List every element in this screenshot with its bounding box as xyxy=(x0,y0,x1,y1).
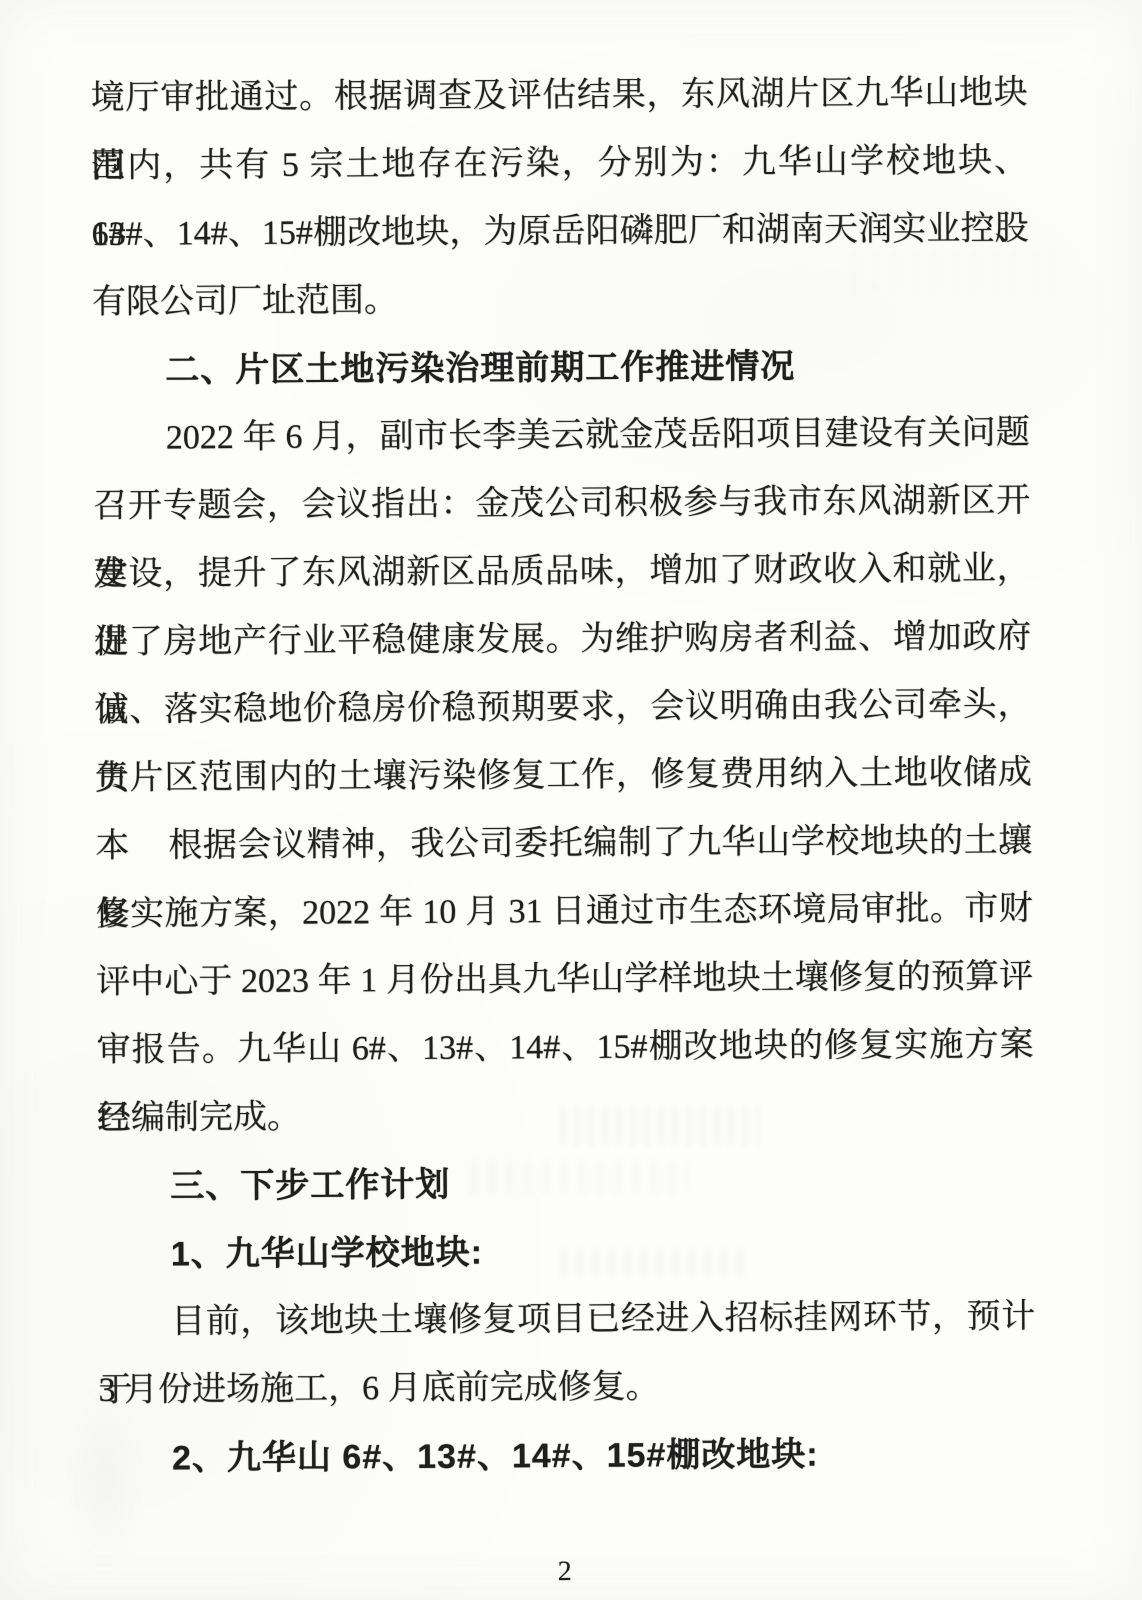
text-line: 评中心于 2023 年 1 月份出具九华山学样地块土壤修复的预算评 xyxy=(96,943,1033,1017)
text-line: 13#、14#、15#棚改地块，为原岳阳磷肥厂和湖南天润实业控股 xyxy=(91,195,1028,269)
text-line: 责片区范围内的土壤污染修复工作，修复费用纳入土地收储成本。 xyxy=(95,739,1032,813)
heading-line: 2、九华山 6#、13#、14#、15#棚改地块: xyxy=(99,1419,1036,1493)
text-line: 复实施方案，2022 年 10 月 31 日通过市生态环境局审批。市财 xyxy=(95,875,1032,949)
text-line: 围内，共有 5 宗土地存在污染，分别为：九华山学校地块、6#、 xyxy=(91,127,1028,201)
text-line: 建设，提升了东风湖新区品质品味，增加了财政收入和就业，促 xyxy=(93,535,1030,609)
scanned-document-page: 境厅审批通过。根据调查及评估结果，东风湖片区九华山地块范围内，共有 5 宗土地存… xyxy=(0,0,1142,1600)
document-sheet: 境厅审批通过。根据调查及评估结果，东风湖片区九华山地块范围内，共有 5 宗土地存… xyxy=(0,0,1142,1600)
text-line: 经编制完成。 xyxy=(97,1079,1034,1153)
heading-line: 三、下步工作计划 xyxy=(97,1147,1034,1221)
text-line: 进了房地产行业平稳健康发展。为维护购房者利益、增加政府诚 xyxy=(94,603,1031,677)
text-line: 根据会议精神，我公司委托编制了九华山学校地块的土壤修 xyxy=(95,807,1032,881)
text-line: 信、落实稳地价稳房价稳预期要求，会议明确由我公司牵头，负 xyxy=(94,671,1031,745)
text-line: 召开专题会，会议指出：金茂公司积极参与我市东风湖新区开发 xyxy=(93,467,1030,541)
text-line: 目前，该地块土壤修复项目已经进入招标挂网环节，预计于 xyxy=(98,1283,1035,1357)
text-line: 3 月份进场施工，6 月底前完成修复。 xyxy=(98,1351,1035,1425)
text-line: 审报告。九华山 6#、13#、14#、15#棚改地块的修复实施方案已 xyxy=(96,1011,1033,1085)
text-line: 境厅审批通过。根据调查及评估结果，东风湖片区九华山地块范 xyxy=(91,59,1028,133)
document-body: 境厅审批通过。根据调查及评估结果，东风湖片区九华山地块范围内，共有 5 宗土地存… xyxy=(91,59,1037,1493)
heading-line: 二、片区土地污染治理前期工作推进情况 xyxy=(92,331,1029,405)
heading-line: 1、九华山学校地块: xyxy=(98,1215,1035,1289)
text-line: 2022 年 6 月，副市长李美云就金茂岳阳项目建设有关问题 xyxy=(93,399,1030,473)
page-number: 2 xyxy=(545,1556,585,1588)
text-line: 有限公司厂址范围。 xyxy=(92,263,1029,337)
